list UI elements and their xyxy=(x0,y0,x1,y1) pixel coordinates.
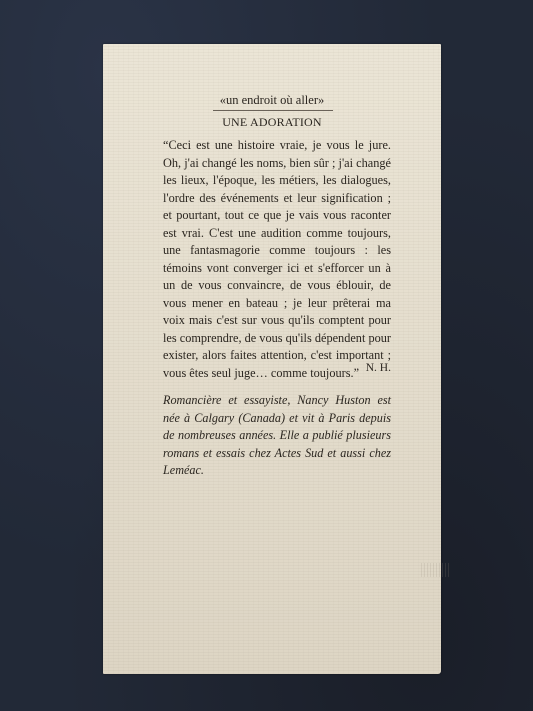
title-divider xyxy=(213,110,333,111)
faint-barcode-mark xyxy=(421,563,451,577)
book-back-cover: «un endroit où aller» UNE ADORATION “Cec… xyxy=(103,44,441,674)
series-label: «un endroit où aller» xyxy=(103,93,441,108)
book-title: UNE ADORATION xyxy=(103,115,441,130)
quote-signature: N. H. xyxy=(366,362,391,374)
bio-text: Romancière et essayiste, Nancy Huston es… xyxy=(163,392,391,480)
quote-text: “Ceci est une histoire vraie, je vous le… xyxy=(163,137,391,382)
blurb-quote: “Ceci est une histoire vraie, je vous le… xyxy=(163,137,391,382)
author-bio: Romancière et essayiste, Nancy Huston es… xyxy=(163,392,391,480)
